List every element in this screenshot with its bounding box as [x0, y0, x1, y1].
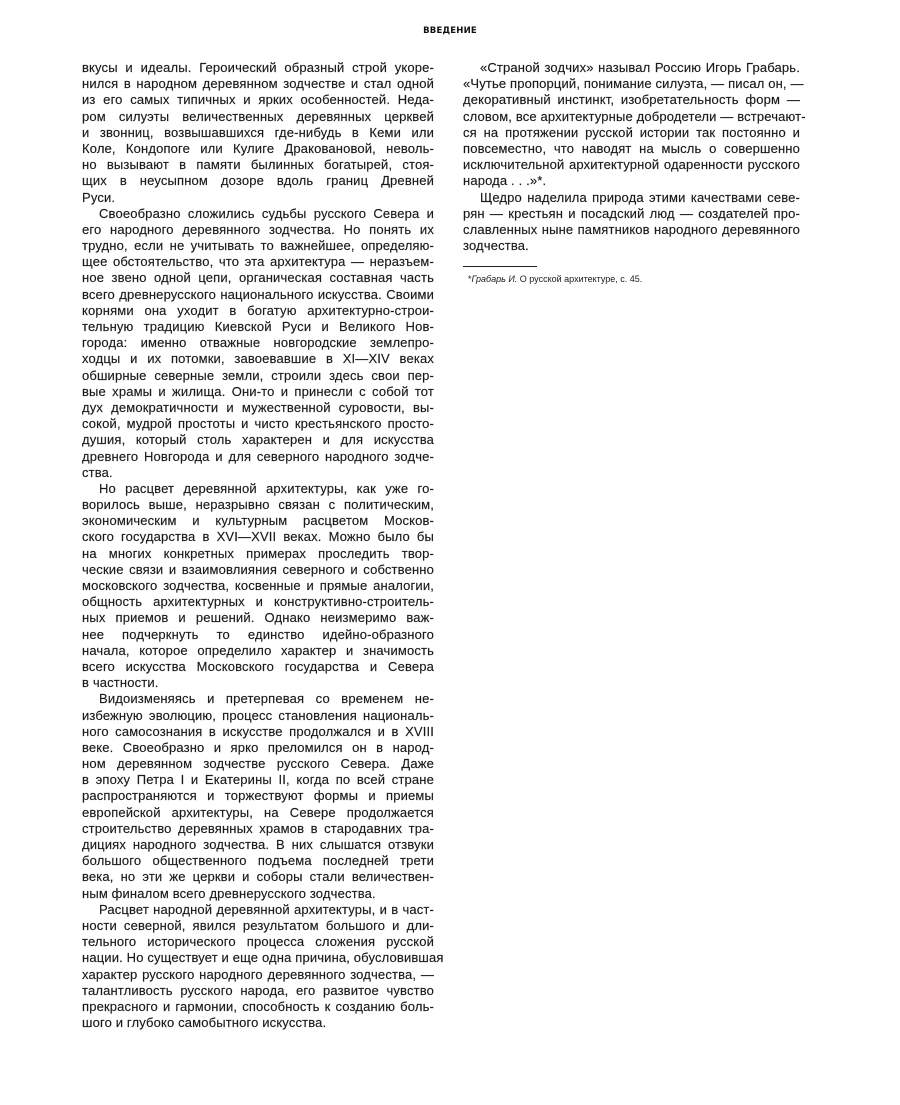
text-line: ром силуэты величественных деревянных це…: [82, 109, 434, 125]
text-line: душия, который столь характерен и для ис…: [82, 432, 434, 448]
text-line: Но расцвет деревянной архитектуры, как у…: [82, 481, 434, 497]
text-line: на многих конкретных примерах проследить…: [82, 546, 434, 562]
text-line: характер русского народного деревянного …: [82, 967, 434, 983]
text-line: века, но эти же церкви и соборы стали ве…: [82, 869, 434, 885]
text-line: в частности.: [82, 675, 434, 691]
text-line: «Чутье пропорций, понимание силуэта, — п…: [463, 76, 800, 92]
text-line: его народного деревянного зодчества. Но …: [82, 222, 434, 238]
text-line: тельную традицию Киевской Руси и Великог…: [82, 319, 434, 335]
right-paragraphs: «Страной зодчих» называл Россию Игорь Гр…: [463, 60, 800, 254]
text-line: прекрасного и гармонии, способность к со…: [82, 999, 434, 1015]
footnote-author: Грабарь И.: [472, 274, 518, 284]
paragraph: «Страной зодчих» называл Россию Игорь Гр…: [463, 60, 800, 190]
text-line: Своеобразно сложились судьбы русского Се…: [82, 206, 434, 222]
text-line: из его самых типичных и ярких особенност…: [82, 92, 434, 108]
text-line: распространяются и торжествуют формы и п…: [82, 788, 434, 804]
text-line: европейской архитектуры, на Севере продо…: [82, 805, 434, 821]
text-line: ства.: [82, 465, 434, 481]
text-line: и звонниц, возвышавшихся где-нибудь в Ке…: [82, 125, 434, 141]
text-line: нился в народном деревянном зодчестве и …: [82, 76, 434, 92]
text-line: всего древнерусского национального искус…: [82, 287, 434, 303]
text-line: ся на протяжении русской истории так пос…: [463, 125, 800, 141]
text-line: нации. Но существует и еще одна причина,…: [82, 950, 434, 966]
text-line: исключительной архитектурной одаренности…: [463, 157, 800, 173]
text-line: строительство деревянных храмов в старод…: [82, 821, 434, 837]
text-line: города: именно отважные новгородские зем…: [82, 335, 434, 351]
text-line: ное звено одной цепи, органическая соста…: [82, 270, 434, 286]
text-line: трудно, если не учитывать то важнейшее, …: [82, 238, 434, 254]
text-line: в эпоху Петра I и Екатерины II, когда по…: [82, 772, 434, 788]
text-line: рян — крестьян и посадский люд — создате…: [463, 206, 800, 222]
footnote-text: О русской архитектуре, с. 45.: [517, 274, 642, 284]
text-line: талантливость русского народа, его разви…: [82, 983, 434, 999]
text-line: московского зодчества, косвенные и прямы…: [82, 578, 434, 594]
text-line: декоративный инстинкт, изобретательность…: [463, 92, 800, 108]
text-line: ческие связи и взаимовлияния северного и…: [82, 562, 434, 578]
text-line: древнего Новгорода и для северного народ…: [82, 449, 434, 465]
text-line: ворилось выше, неразрывно связан с полит…: [82, 497, 434, 513]
text-line: зодчества.: [463, 238, 800, 254]
text-line: словом, все архитектурные добродетели — …: [463, 109, 800, 125]
paragraph: Видоизменяясь и претерпевая со временем …: [82, 691, 434, 901]
text-line: Коле, Кондопоге или Кулиге Драковановой,…: [82, 141, 434, 157]
text-line: тельного исторического процесса сложения…: [82, 934, 434, 950]
text-line: вые храмы и жилища. Они-то и принесли с …: [82, 384, 434, 400]
text-line: Видоизменяясь и претерпевая со временем …: [82, 691, 434, 707]
text-line: ным финалом всего древнерусского зодчест…: [82, 886, 434, 902]
footnote: *Грабарь И. О русской архитектуре, с. 45…: [463, 273, 800, 285]
text-line: вкусы и идеалы. Героический образный стр…: [82, 60, 434, 76]
text-line: ского государства в XVI—XVII веках. Можн…: [82, 529, 434, 545]
paragraph: вкусы и идеалы. Героический образный стр…: [82, 60, 434, 206]
text-line: но вызывают в памяти былинных богатырей,…: [82, 157, 434, 173]
text-line: большого общественного подъема последней…: [82, 853, 434, 869]
left-column: вкусы и идеалы. Героический образный стр…: [82, 60, 434, 1031]
paragraph: Но расцвет деревянной архитектуры, как у…: [82, 481, 434, 691]
text-line: начала, которое определило характер и зн…: [82, 643, 434, 659]
text-line: обширные северные земли, строили здесь с…: [82, 368, 434, 384]
paragraph: Своеобразно сложились судьбы русского Се…: [82, 206, 434, 481]
text-line: щее обстоятельство, что эта архитектура …: [82, 254, 434, 270]
text-line: ходцы и их потомки, завоевавшие в XI—XIV…: [82, 351, 434, 367]
text-line: нее подчеркнуть то единство идейно-образ…: [82, 627, 434, 643]
text-line: ного самосознания в искусстве продолжалс…: [82, 724, 434, 740]
text-line: «Страной зодчих» называл Россию Игорь Гр…: [463, 60, 800, 76]
text-line: избежную эволюцию, процесс становления н…: [82, 708, 434, 724]
text-line: славленных ныне памятников народного дер…: [463, 222, 800, 238]
text-line: Руси.: [82, 190, 434, 206]
running-header: ВВЕДЕНИЕ: [0, 26, 900, 36]
text-line: ном деревянном зодчестве русского Севера…: [82, 756, 434, 772]
text-line: всего искусства Московского государства …: [82, 659, 434, 675]
text-line: Щедро наделила природа этими качествами …: [463, 190, 800, 206]
text-line: сокой, мудрой простоты и чисто крестьянс…: [82, 416, 434, 432]
text-line: дициях народного зодчества. В них слышат…: [82, 837, 434, 853]
text-line: ности северной, явился результатом больш…: [82, 918, 434, 934]
text-line: повсеместно, что наводят на мысль о сове…: [463, 141, 800, 157]
footnote-divider: [463, 266, 537, 267]
text-line: щих в неусыпном дозоре вдоль границ Древ…: [82, 173, 434, 189]
right-column: «Страной зодчих» называл Россию Игорь Гр…: [463, 60, 800, 285]
text-line: ных приемов и решений. Однако неизмеримо…: [82, 610, 434, 626]
text-line: общность архитектурных и конструктивно-с…: [82, 594, 434, 610]
text-line: веке. Своеобразно и ярко преломился он в…: [82, 740, 434, 756]
paragraph: Расцвет народной деревянной архитектуры,…: [82, 902, 434, 1032]
text-line: шого и глубоко самобытного искусства.: [82, 1015, 434, 1031]
text-line: корнями она уходит в богатую архитектурн…: [82, 303, 434, 319]
text-line: дух демократичности и мужественной суров…: [82, 400, 434, 416]
text-line: Расцвет народной деревянной архитектуры,…: [82, 902, 434, 918]
text-line: народа . . .»*.: [463, 173, 800, 189]
paragraph: Щедро наделила природа этими качествами …: [463, 190, 800, 255]
text-line: экономическим и культурным расцветом Мос…: [82, 513, 434, 529]
